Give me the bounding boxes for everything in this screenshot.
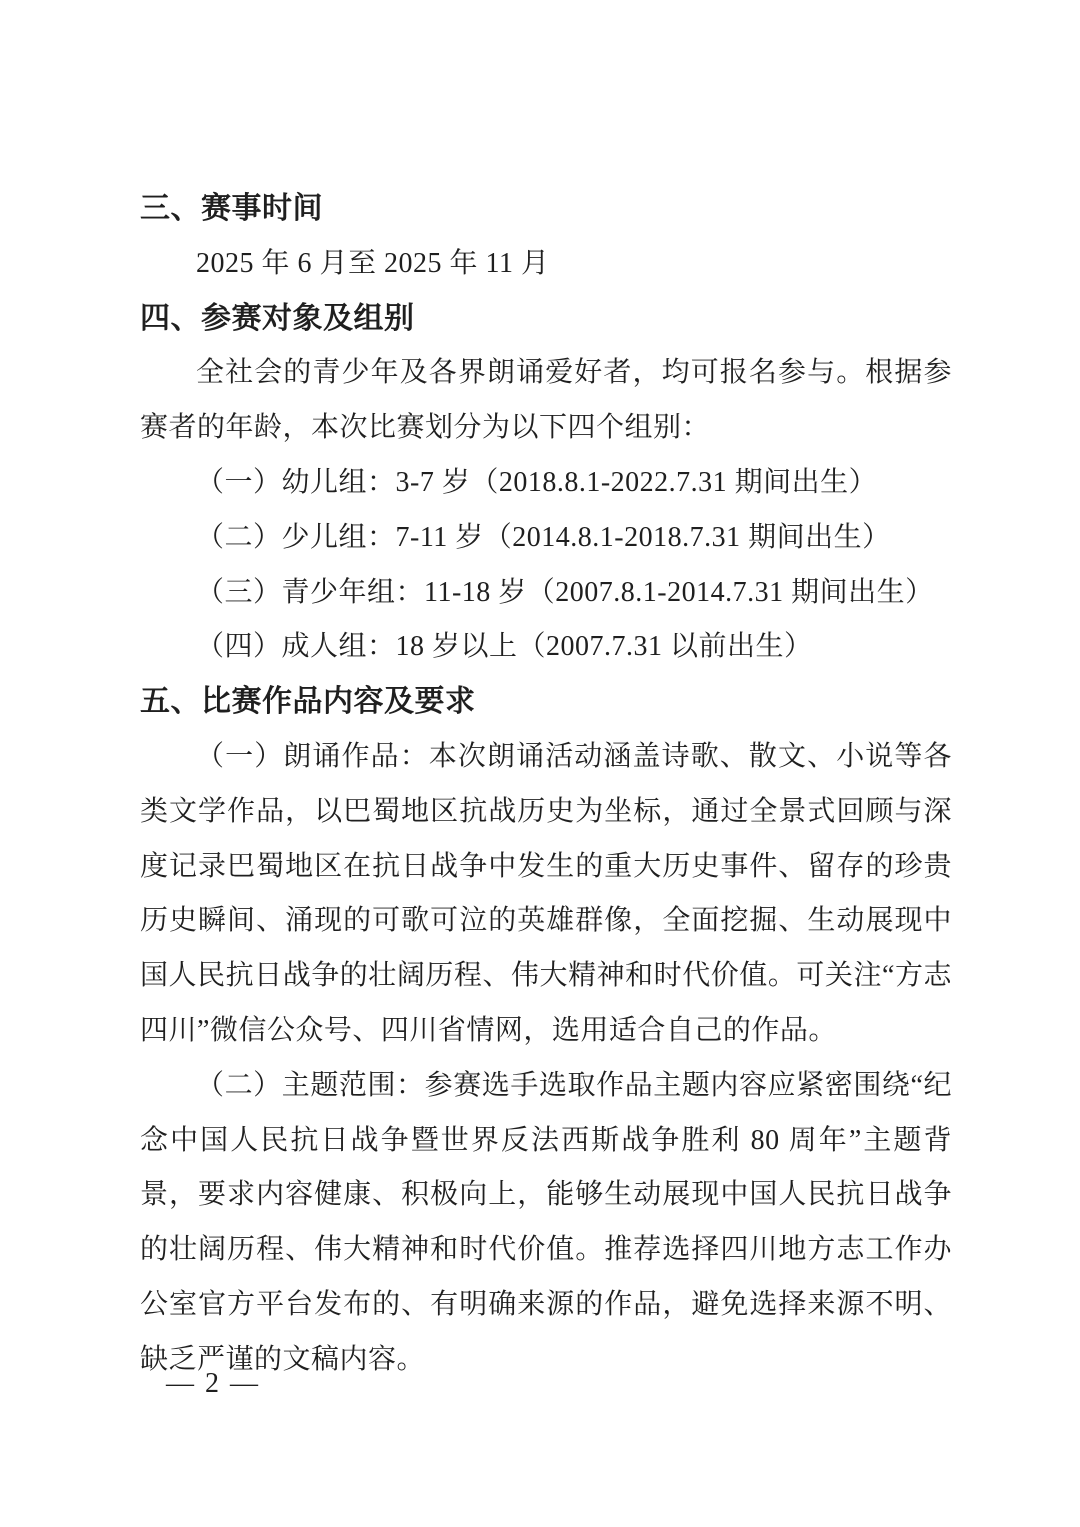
list-item-group-adult: （四）成人组：18 岁以上（2007.7.31 以前出生） [140,620,952,675]
text-line: 国人民抗日战争的壮阔历程、伟大精神和时代价值。可关注“方志 [140,949,952,1004]
text-line: 历史瞬间、涌现的可歌可泣的英雄群像，全面挖掘、生动展现中 [140,894,952,949]
list-item-group-children: （二）少儿组：7-11 岁（2014.8.1-2018.7.31 期间出生） [140,511,952,566]
text-line: 念中国人民抗日战争暨世界反法西斯战争胜利 80 周年”主题背 [140,1114,952,1169]
document-body: 三、赛事时间 2025 年 6 月至 2025 年 11 月 四、参赛对象及组别… [140,182,952,1388]
list-item-group-youth: （三）青少年组：11-18 岁（2007.8.1-2014.7.31 期间出生） [140,566,952,621]
text-line: 公室官方平台发布的、有明确来源的作品，避免选择来源不明、 [140,1278,952,1333]
list-item-group-toddler: （一）幼儿组：3-7 岁（2018.8.1-2022.7.31 期间出生） [140,456,952,511]
text-line: 四川”微信公众号、四川省情网，选用适合自己的作品。 [140,1004,952,1059]
text-line: 度记录巴蜀地区在抗日战争中发生的重大历史事件、留存的珍贵 [140,840,952,895]
section-heading-work-content: 五、比赛作品内容及要求 [140,675,952,730]
text-line: 全社会的青少年及各界朗诵爱好者，均可报名参与。根据参 [140,346,952,401]
text-line: 赛者的年龄，本次比赛划分为以下四个组别： [140,401,952,456]
document-page: 三、赛事时间 2025 年 6 月至 2025 年 11 月 四、参赛对象及组别… [0,0,1080,1527]
text-line: （一）朗诵作品：本次朗诵活动涵盖诗歌、散文、小说等各 [140,730,952,785]
section-heading-participants: 四、参赛对象及组别 [140,292,952,347]
text-line: 景，要求内容健康、积极向上，能够生动展现中国人民抗日战争 [140,1168,952,1223]
text-line: 类文学作品，以巴蜀地区抗战历史为坐标，通过全景式回顾与深 [140,785,952,840]
section-heading-event-time: 三、赛事时间 [140,182,952,237]
text-line-event-dates: 2025 年 6 月至 2025 年 11 月 [140,237,952,292]
page-number: — 2 — [166,1364,260,1404]
text-line: 的壮阔历程、伟大精神和时代价值。推荐选择四川地方志工作办 [140,1223,952,1278]
text-line: 缺乏严谨的文稿内容。 [140,1333,952,1388]
text-line: （二）主题范围：参赛选手选取作品主题内容应紧密围绕“纪 [140,1059,952,1114]
